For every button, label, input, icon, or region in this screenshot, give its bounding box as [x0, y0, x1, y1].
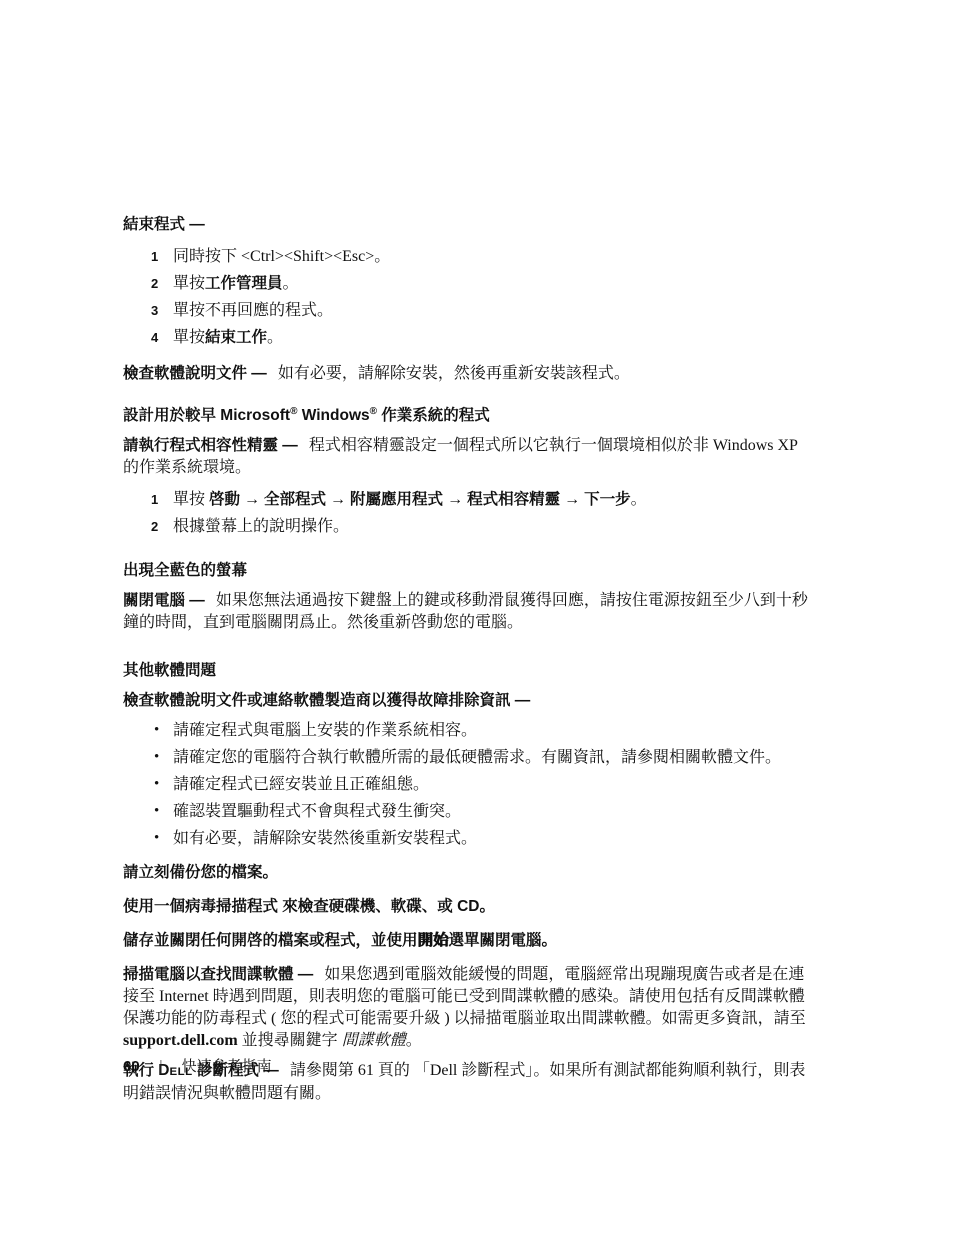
paragraph-check-docs: 檢查軟體說明文件 —如有必要，請解除安裝，然後再重新安裝該程式。 — [123, 363, 817, 385]
arrow-glyph: → — [240, 491, 264, 508]
save-close-post: 選單關閉電腦。 — [449, 932, 558, 949]
bullet-text: 請確定您的電腦符合執行軟體所需的最低硬體需求。有關資訊，請參閱相關軟體文件。 — [173, 749, 781, 766]
page-footer: 60 | 快速參考指南 — [123, 1056, 272, 1078]
paragraph-backup: 請立刻備份您的檔案。 — [123, 862, 817, 884]
step-text: 單按不再回應的程式。 — [173, 302, 333, 319]
step-item: 3單按不再回應的程式。 — [123, 300, 817, 322]
step-item: 1同時按下 <Ctrl><Shift><Esc>。 — [123, 246, 817, 268]
save-close-pre: 儲存並關閉任何開啓的檔案或程式，並使用 — [123, 932, 418, 949]
heading-other-software: 其他軟體問題 — [123, 660, 817, 682]
step-number: 3 — [151, 300, 158, 322]
heading-older-os-post: 作業系統的程式 — [377, 407, 490, 424]
step-text: 根據螢幕上的說明操作。 — [173, 518, 349, 535]
bullet-text: 請確定程式與電腦上安裝的作業系統相容。 — [173, 722, 477, 739]
step-text: 。 — [267, 329, 283, 346]
start-menu-label: 開始 — [418, 932, 449, 949]
list-item: 確認裝置驅動程式不會與程式發生衝突。 — [123, 801, 817, 823]
step-number: 4 — [151, 327, 158, 349]
spyware-text: 並搜尋關鍵字 — [238, 1032, 342, 1049]
heading-end-program: 結束程式 — — [123, 214, 817, 236]
arrow-glyph: → — [443, 491, 467, 508]
step-number: 1 — [151, 246, 158, 268]
step-number: 1 — [151, 489, 158, 511]
menu-path-start: 啓動 — [209, 491, 240, 508]
turn-off-label: 關閉電腦 — — [123, 592, 205, 609]
paragraph-check-docs-vendor: 檢查軟體說明文件或連絡軟體製造商以獲得故障排除資訊 — — [123, 690, 817, 712]
heading-blue-screen: 出現全藍色的螢幕 — [123, 560, 817, 582]
spyware-label: 掃描電腦以查找間諜軟體 — — [123, 966, 313, 983]
support-site-text: support.dell.com — [123, 1032, 238, 1049]
arrow-glyph: → — [326, 491, 350, 508]
paragraph-turn-off-computer: 關閉電腦 —如果您無法通過按下鍵盤上的鍵或移動滑鼠獲得回應，請按住電源按鈕至少八… — [123, 590, 817, 634]
step-item: 2單按工作管理員。 — [123, 273, 817, 295]
step-item: 1單按 啓動 → 全部程式 → 附屬應用程式 → 程式相容精靈 → 下一步。 — [123, 489, 817, 511]
list-item: 請確定程式與電腦上安裝的作業系統相容。 — [123, 720, 817, 742]
bullet-text: 如有必要，請解除安裝然後重新安裝程式。 — [173, 830, 477, 847]
step-number: 2 — [151, 516, 158, 538]
step-text: 同時按下 <Ctrl><Shift><Esc>。 — [173, 248, 390, 265]
list-item: 請確定程式已經安裝並且正確組態。 — [123, 774, 817, 796]
step-bold-text: 結束工作 — [205, 329, 267, 346]
check-docs-label: 檢查軟體說明文件 — — [123, 365, 267, 382]
document-page: 結束程式 — 1同時按下 <Ctrl><Shift><Esc>。 2單按工作管理… — [123, 214, 817, 1105]
compat-wizard-steps: 1單按 啓動 → 全部程式 → 附屬應用程式 → 程式相容精靈 → 下一步。 2… — [123, 489, 817, 538]
doc-title: 快速參考指南 — [182, 1056, 272, 1078]
menu-path-all-programs: 全部程式 — [264, 491, 326, 508]
step-bold-text: 工作管理員 — [205, 275, 283, 292]
registered-mark-icon: ® — [370, 406, 377, 417]
page-number: 60 — [123, 1056, 140, 1078]
spyware-keyword: 間諜軟體 — [342, 1032, 406, 1049]
step-text: 單按 — [173, 491, 209, 508]
list-item: 請確定您的電腦符合執行軟體所需的最低硬體需求。有關資訊，請參閱相關軟體文件。 — [123, 747, 817, 769]
step-text: 。 — [631, 491, 647, 508]
step-text: 單按 — [173, 275, 205, 292]
menu-path-accessories: 附屬應用程式 — [350, 491, 443, 508]
virus-scan-label: 使用一個病毒掃描程式 來檢查硬碟機、軟碟、或 CD。 — [123, 898, 495, 915]
paragraph-virus-scan: 使用一個病毒掃描程式 來檢查硬碟機、軟碟、或 CD。 — [123, 896, 817, 918]
footer-divider: | — [159, 1056, 161, 1078]
software-troubleshoot-bullets: 請確定程式與電腦上安裝的作業系統相容。 請確定您的電腦符合執行軟體所需的最低硬體… — [123, 720, 817, 850]
heading-older-os-mid: Windows — [297, 407, 369, 424]
menu-path-compat-wizard: 程式相容精靈 — [467, 491, 560, 508]
compat-wizard-label: 請執行程式相容性精靈 — — [123, 437, 298, 454]
bullet-text: 確認裝置驅動程式不會與程式發生衝突。 — [173, 803, 461, 820]
step-item: 4單按結束工作。 — [123, 327, 817, 349]
arrow-glyph: → — [560, 491, 584, 508]
end-program-steps: 1同時按下 <Ctrl><Shift><Esc>。 2單按工作管理員。 3單按不… — [123, 246, 817, 349]
step-item: 2根據螢幕上的說明操作。 — [123, 516, 817, 538]
heading-older-os: 設計用於較早 Microsoft® Windows® 作業系統的程式 — [123, 405, 817, 427]
paragraph-spyware: 掃描電腦以查找間諜軟體 —如果您遇到電腦效能緩慢的問題，電腦經常出現蹦現廣告或者… — [123, 964, 817, 1052]
heading-older-os-pre: 設計用於較早 Microsoft — [123, 407, 290, 424]
step-text: 。 — [283, 275, 299, 292]
bullet-text: 請確定程式已經安裝並且正確組態。 — [173, 776, 429, 793]
check-docs-vendor-label: 檢查軟體說明文件或連絡軟體製造商以獲得故障排除資訊 — — [123, 692, 530, 709]
paragraph-compat-wizard: 請執行程式相容性精靈 —程式相容精靈設定一個程式所以它執行一個環境相似於非 Wi… — [123, 435, 817, 479]
step-number: 2 — [151, 273, 158, 295]
list-item: 如有必要，請解除安裝然後重新安裝程式。 — [123, 828, 817, 850]
check-docs-text: 如有必要，請解除安裝，然後再重新安裝該程式。 — [278, 365, 630, 382]
spyware-text: 。 — [406, 1032, 422, 1049]
turn-off-text: 如果您無法通過按下鍵盤上的鍵或移動滑鼠獲得回應，請按住電源按鈕至少八到十秒鐘的時… — [123, 592, 808, 631]
backup-label: 請立刻備份您的檔案。 — [123, 864, 278, 881]
menu-path-next: 下一步 — [584, 491, 631, 508]
step-text: 單按 — [173, 329, 205, 346]
paragraph-save-close: 儲存並關閉任何開啓的檔案或程式，並使用開始選單關閉電腦。 — [123, 930, 817, 952]
